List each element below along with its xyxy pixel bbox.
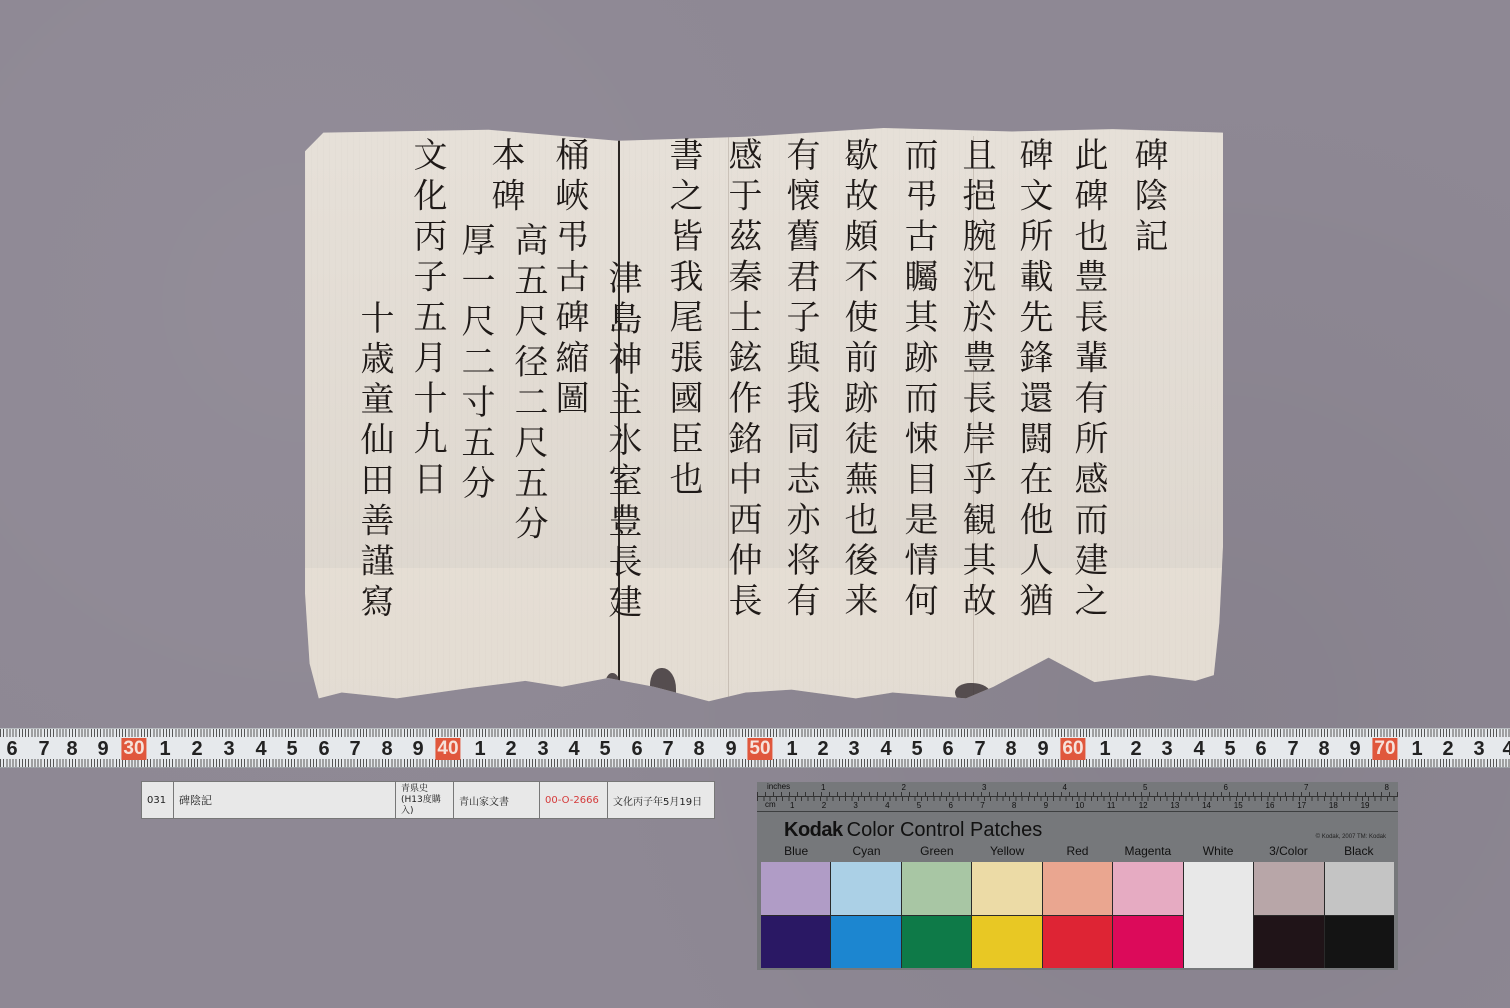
patch-labels: BlueCyanGreenYellowRedMagentaWhite3/Colo… (761, 844, 1394, 858)
patch-dark (1043, 916, 1112, 969)
tape-label: 6 (942, 738, 953, 761)
tape-major-label: 30 (121, 738, 146, 760)
tape-label: 6 (1255, 738, 1266, 761)
ruler-cm-mark: 19 (1361, 801, 1370, 810)
ruler-cm-mark: 1 (790, 801, 794, 810)
patch-dark (1254, 916, 1323, 969)
patch-light (1043, 862, 1112, 915)
tape-ticks-top (0, 729, 1510, 737)
tape-label: 3 (537, 738, 548, 761)
ruler-cm-mark: 11 (1107, 801, 1115, 810)
tape-label: 1 (1099, 738, 1110, 761)
ruler-inch-mark: 6 (1224, 783, 1228, 792)
damage-stain (650, 668, 676, 708)
catalog-label: 031 碑陰記 青県史 (H13度購 入) 青山家文書 00-O-2666 文化… (141, 781, 715, 819)
patch-light (972, 862, 1041, 915)
tape-label: 8 (1005, 738, 1016, 761)
patch-label: 3/Color (1253, 844, 1323, 858)
text-column: 書之皆我尾張國臣也 (666, 137, 700, 502)
tape-label: 7 (1287, 738, 1298, 761)
tape-label: 9 (1349, 738, 1360, 761)
tape-label: 6 (631, 738, 642, 761)
tape-label: 6 (318, 738, 329, 761)
color-patch-yellow (972, 862, 1041, 968)
ruler-cm-mark: 15 (1234, 801, 1243, 810)
ruler-cm-mark: 9 (1044, 801, 1048, 810)
tape-major-label: 60 (1060, 738, 1085, 760)
patch-dark (1113, 916, 1182, 969)
color-patch-green (902, 862, 971, 968)
tape-label: 5 (1224, 738, 1235, 761)
ruler-inch-label: inches (767, 782, 790, 791)
patch-light (1254, 862, 1323, 915)
tape-label: 4 (1193, 738, 1204, 761)
patch-label: White (1183, 844, 1253, 858)
ruler-cm-mark: 8 (1012, 801, 1016, 810)
tape-label: 8 (1318, 738, 1329, 761)
patch-light (761, 862, 830, 915)
catalog-source: 青県史 (H13度購 入) (396, 782, 454, 818)
tape-label: 2 (1130, 738, 1141, 761)
tape-label: 3 (848, 738, 859, 761)
kodak-ruler: inches cm 123456781234567891011121314151… (757, 782, 1398, 812)
tape-label: 6 (6, 738, 17, 761)
text-column: 厚一尺二寸五分 (458, 222, 492, 506)
ruler-cm-mark: 12 (1139, 801, 1148, 810)
tape-label: 2 (1442, 738, 1453, 761)
ruler-cm-mark: 17 (1297, 801, 1306, 810)
ruler-cm-mark: 13 (1170, 801, 1179, 810)
tape-label: 3 (223, 738, 234, 761)
ruler-cm-mark: 4 (885, 801, 889, 810)
ruler-cm-mark: 3 (853, 801, 857, 810)
tape-label: 1 (474, 738, 485, 761)
patch-light (1325, 862, 1394, 915)
tape-label: 1 (1411, 738, 1422, 761)
ruler-inch-mark: 5 (1143, 783, 1147, 792)
tape-label: 7 (974, 738, 985, 761)
ruler-cm-mark: 2 (822, 801, 826, 810)
color-patches (761, 862, 1394, 968)
ruler-inch-mark: 8 (1385, 783, 1389, 792)
ruler-cm-mark: 14 (1202, 801, 1211, 810)
tape-label: 2 (505, 738, 516, 761)
patch-light (1113, 862, 1182, 915)
ruler-cm-mark: 16 (1266, 801, 1275, 810)
tape-label: 9 (1037, 738, 1048, 761)
text-column: 感于茲秦士鉉作銘中西仲長 (725, 137, 759, 623)
patch-dark (902, 916, 971, 969)
ruler-cm-mark: 5 (917, 801, 921, 810)
patch-label: Black (1324, 844, 1394, 858)
tape-major-label: 40 (435, 738, 460, 760)
tape-label: 7 (662, 738, 673, 761)
catalog-date: 文化丙子年5月19日 (608, 782, 714, 818)
patch-label: Magenta (1113, 844, 1183, 858)
patch-dark (761, 916, 830, 969)
tape-label: 4 (880, 738, 891, 761)
color-patch-3-color (1254, 862, 1323, 968)
tape-label: 4 (568, 738, 579, 761)
text-column: 桶峽弔古碑縮圖 (552, 137, 586, 421)
tape-label: 8 (381, 738, 392, 761)
tape-label: 5 (286, 738, 297, 761)
kodak-product: Color Control Patches (847, 819, 1043, 841)
damage-stain (955, 683, 991, 705)
patch-label: Cyan (831, 844, 901, 858)
tape-label: 7 (349, 738, 360, 761)
patch-label: Green (902, 844, 972, 858)
tape-label: 8 (66, 738, 77, 761)
ruler-inch-mark: 1 (821, 783, 825, 792)
tape-label: 9 (412, 738, 423, 761)
patch-label: Yellow (972, 844, 1042, 858)
ruler-inch-mark: 4 (1063, 783, 1067, 792)
tape-label: 7 (38, 738, 49, 761)
color-patch-red (1043, 862, 1112, 968)
ruler-inch-mark: 3 (982, 783, 986, 792)
ruler-cm-label: cm (765, 800, 776, 809)
color-patch-black (1325, 862, 1394, 968)
tape-label: 2 (817, 738, 828, 761)
ruler-cm-mark: 18 (1329, 801, 1338, 810)
catalog-collection: 青山家文書 (454, 782, 540, 818)
patch-light (1184, 862, 1253, 915)
ruler-cm-mark: 7 (980, 801, 984, 810)
tape-major-label: 50 (747, 738, 772, 760)
tape-label: 5 (599, 738, 610, 761)
damage-stain (1057, 693, 1067, 711)
kodak-brand: Kodak (784, 819, 843, 841)
color-patch-magenta (1113, 862, 1182, 968)
ruler-cm-mark: 10 (1075, 801, 1084, 810)
catalog-id: 00-O-2666 (540, 782, 608, 818)
text-column: 十歳童仙田善謹寫 (357, 300, 391, 624)
patch-dark (831, 916, 900, 969)
tape-label: 2 (191, 738, 202, 761)
text-column: 歇故頗不使前跡徒蕪也後来 (841, 137, 875, 623)
patch-light (831, 862, 900, 915)
text-column: 有懐舊君子與我同志亦将有 (783, 137, 817, 623)
ruler-inch-mark: 2 (902, 783, 906, 792)
tape-major-label: 70 (1372, 738, 1397, 760)
ruler-cm-mark: 6 (949, 801, 953, 810)
catalog-title: 碑陰記 (174, 782, 396, 818)
patch-dark (1184, 915, 1253, 968)
tape-label: 8 (693, 738, 704, 761)
patch-light (902, 862, 971, 915)
catalog-number: 031 (142, 782, 174, 818)
text-column: 而弔古矚其跡而悚目是情何 (901, 137, 935, 623)
patch-label: Blue (761, 844, 831, 858)
tape-label: 3 (1161, 738, 1172, 761)
ruler-inches: inches (757, 782, 1398, 797)
kodak-color-card: inches cm 123456781234567891011121314151… (757, 782, 1398, 970)
tape-label: 1 (786, 738, 797, 761)
tape-label: 4 (255, 738, 266, 761)
text-column: 本碑 (488, 137, 522, 218)
tape-label: 5 (911, 738, 922, 761)
color-patch-cyan (831, 862, 900, 968)
ruler-inch-mark: 7 (1304, 783, 1308, 792)
tape-label: 4 (1502, 738, 1510, 761)
kodak-title: KodakColor Control Patches (784, 819, 1042, 842)
text-column: 高五尺径二尺五分 (511, 222, 545, 546)
kodak-copyright: © Kodak, 2007 TM: Kodak (1316, 834, 1386, 840)
text-column: 津島神主氷室豊長建 (605, 260, 639, 625)
text-column: 碑陰記 (1131, 137, 1165, 259)
text-column: 碑文所載先鋒還闘在他人猶 (1016, 137, 1050, 623)
tape-label: 3 (1473, 738, 1484, 761)
tape-label: 9 (725, 738, 736, 761)
damage-stain (605, 673, 621, 703)
tape-label: 1 (159, 738, 170, 761)
patch-dark (1325, 916, 1394, 969)
tape-measure: 6789301234567894012345678950123456789601… (0, 728, 1510, 768)
text-column: 且挹腕況於豊長岸乎観其故 (959, 137, 993, 623)
tape-label: 9 (97, 738, 108, 761)
patch-label: Red (1042, 844, 1112, 858)
text-column: 文化丙子五月十九日 (410, 137, 444, 502)
text-column: 此碑也豊長輩有所感而建之 (1071, 137, 1105, 623)
color-patch-blue (761, 862, 830, 968)
color-patch-white (1184, 862, 1253, 968)
patch-dark (972, 916, 1041, 969)
